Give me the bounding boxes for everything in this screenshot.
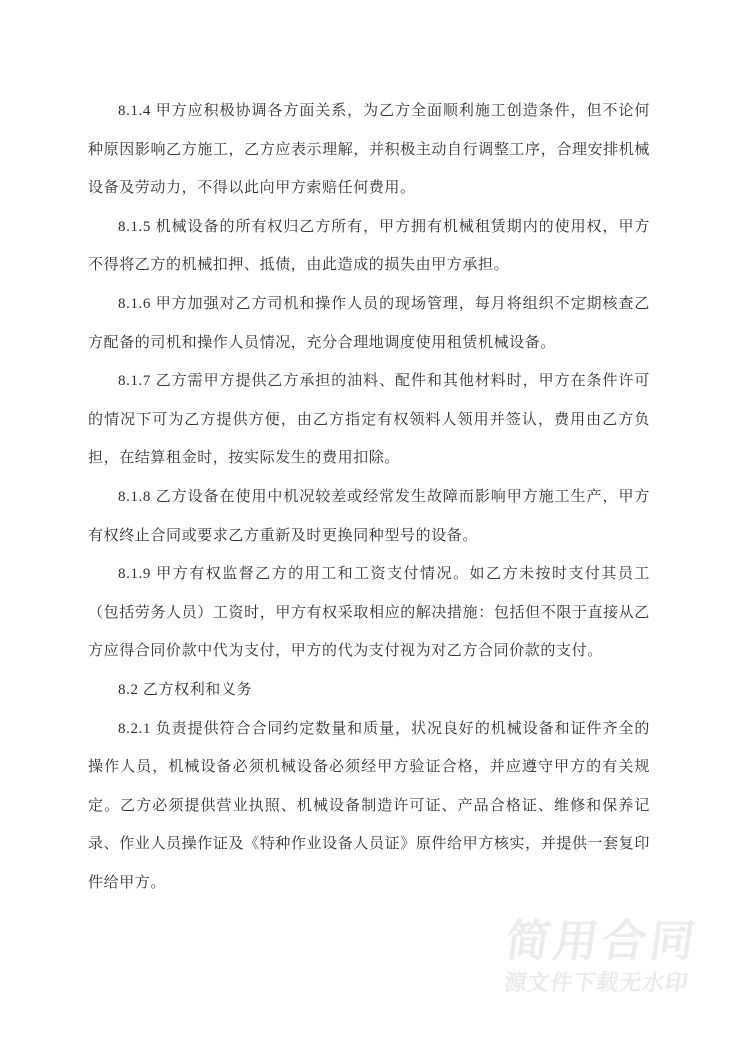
contract-paragraph-8-1-5: 8.1.5 机械设备的所有权归乙方所有，甲方拥有机械租赁期内的使用权，甲方不得将… [88,208,650,285]
contract-paragraph-8-1-6: 8.1.6 甲方加强对乙方司机和操作人员的现场管理，每月将组织不定期核查乙方配备… [88,285,650,362]
contract-page: 8.1.4 甲方应积极协调各方面关系，为乙方全面顺利施工创造条件，但不论何种原因… [0,0,742,1049]
contract-paragraph-8-1-4: 8.1.4 甲方应积极协调各方面关系，为乙方全面顺利施工创造条件，但不论何种原因… [88,92,650,208]
watermark-subtitle: 源文件下载无水印 [499,971,694,995]
contract-paragraph-8-1-8: 8.1.8 乙方设备在使用中机况较差或经常发生故障而影响甲方施工生产，甲方有权终… [88,478,650,555]
contract-heading-8-2: 8.2 乙方权利和义务 [88,671,650,710]
contract-paragraph-8-1-9: 8.1.9 甲方有权监督乙方的用工和工资支付情况。如乙方未按时支付其员工（包括劳… [88,555,650,671]
contract-text-body: 8.1.4 甲方应积极协调各方面关系，为乙方全面顺利施工创造条件，但不论何种原因… [88,92,650,902]
watermark-title: 简用合同 [503,919,701,965]
watermark: 简用合同 源文件下载无水印 [499,919,702,995]
contract-paragraph-8-1-7: 8.1.7 乙方需甲方提供乙方承担的油料、配件和其他材料时，甲方在条件许可的情况… [88,362,650,478]
contract-paragraph-8-2-1: 8.2.1 负责提供符合合同约定数量和质量，状况良好的机械设备和证件齐全的操作人… [88,710,650,903]
